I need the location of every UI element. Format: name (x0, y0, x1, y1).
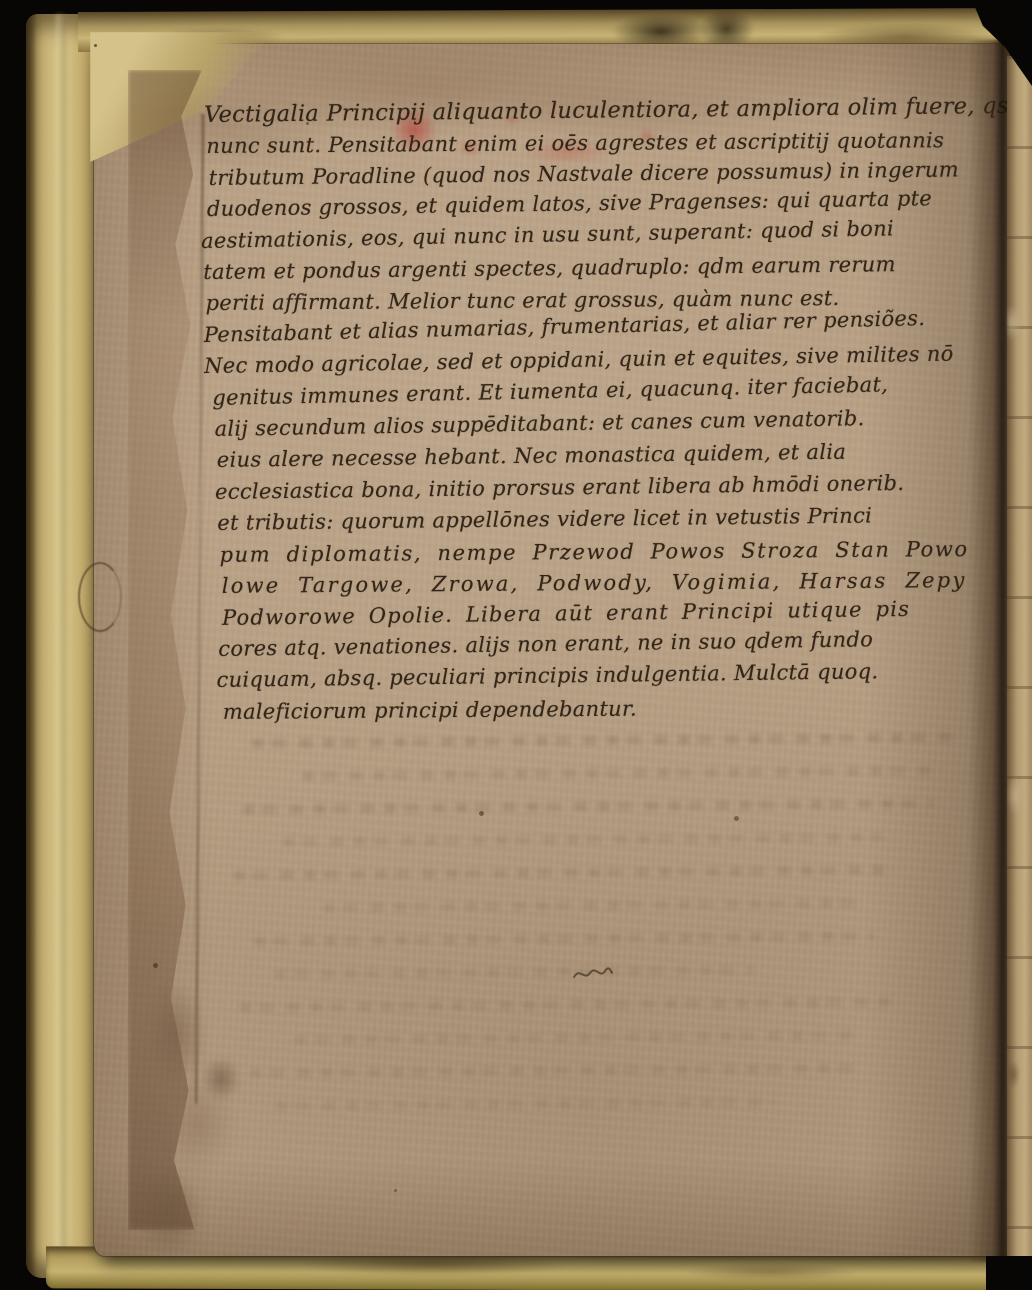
ink-doodle (572, 964, 614, 984)
bleedthrough-line (243, 799, 933, 814)
bleedthrough-line (254, 932, 874, 946)
manuscript-line: maleficiorum principi dependebantur. (223, 690, 1013, 728)
bleedthrough-line (233, 865, 893, 880)
bleedthrough-line (275, 1097, 775, 1110)
manuscript-page: Vectigalia Principij aliquanto luculenti… (94, 44, 1010, 1256)
bleedthrough-line (274, 966, 754, 979)
vellum-cover-left-edge (26, 14, 104, 1278)
background-corner-bottom-right (986, 1256, 1032, 1290)
bleedthrough-line (324, 899, 864, 913)
bleedthrough-line (250, 1064, 860, 1078)
bleedthrough-line (283, 833, 883, 847)
bleedthrough-line (240, 997, 890, 1012)
handwritten-text-block: Vectigalia Principij aliquanto luculenti… (202, 94, 1013, 728)
ink-specks (94, 44, 97, 47)
manuscript-photo: Vectigalia Principij aliquanto luculenti… (0, 0, 1032, 1290)
bleedthrough-line (295, 1031, 855, 1045)
bleedthrough-line (303, 766, 943, 781)
adjacent-page-edge (1007, 56, 1032, 1268)
binding-clasp-loop (78, 562, 122, 632)
ink-bleedthrough (212, 733, 985, 1136)
